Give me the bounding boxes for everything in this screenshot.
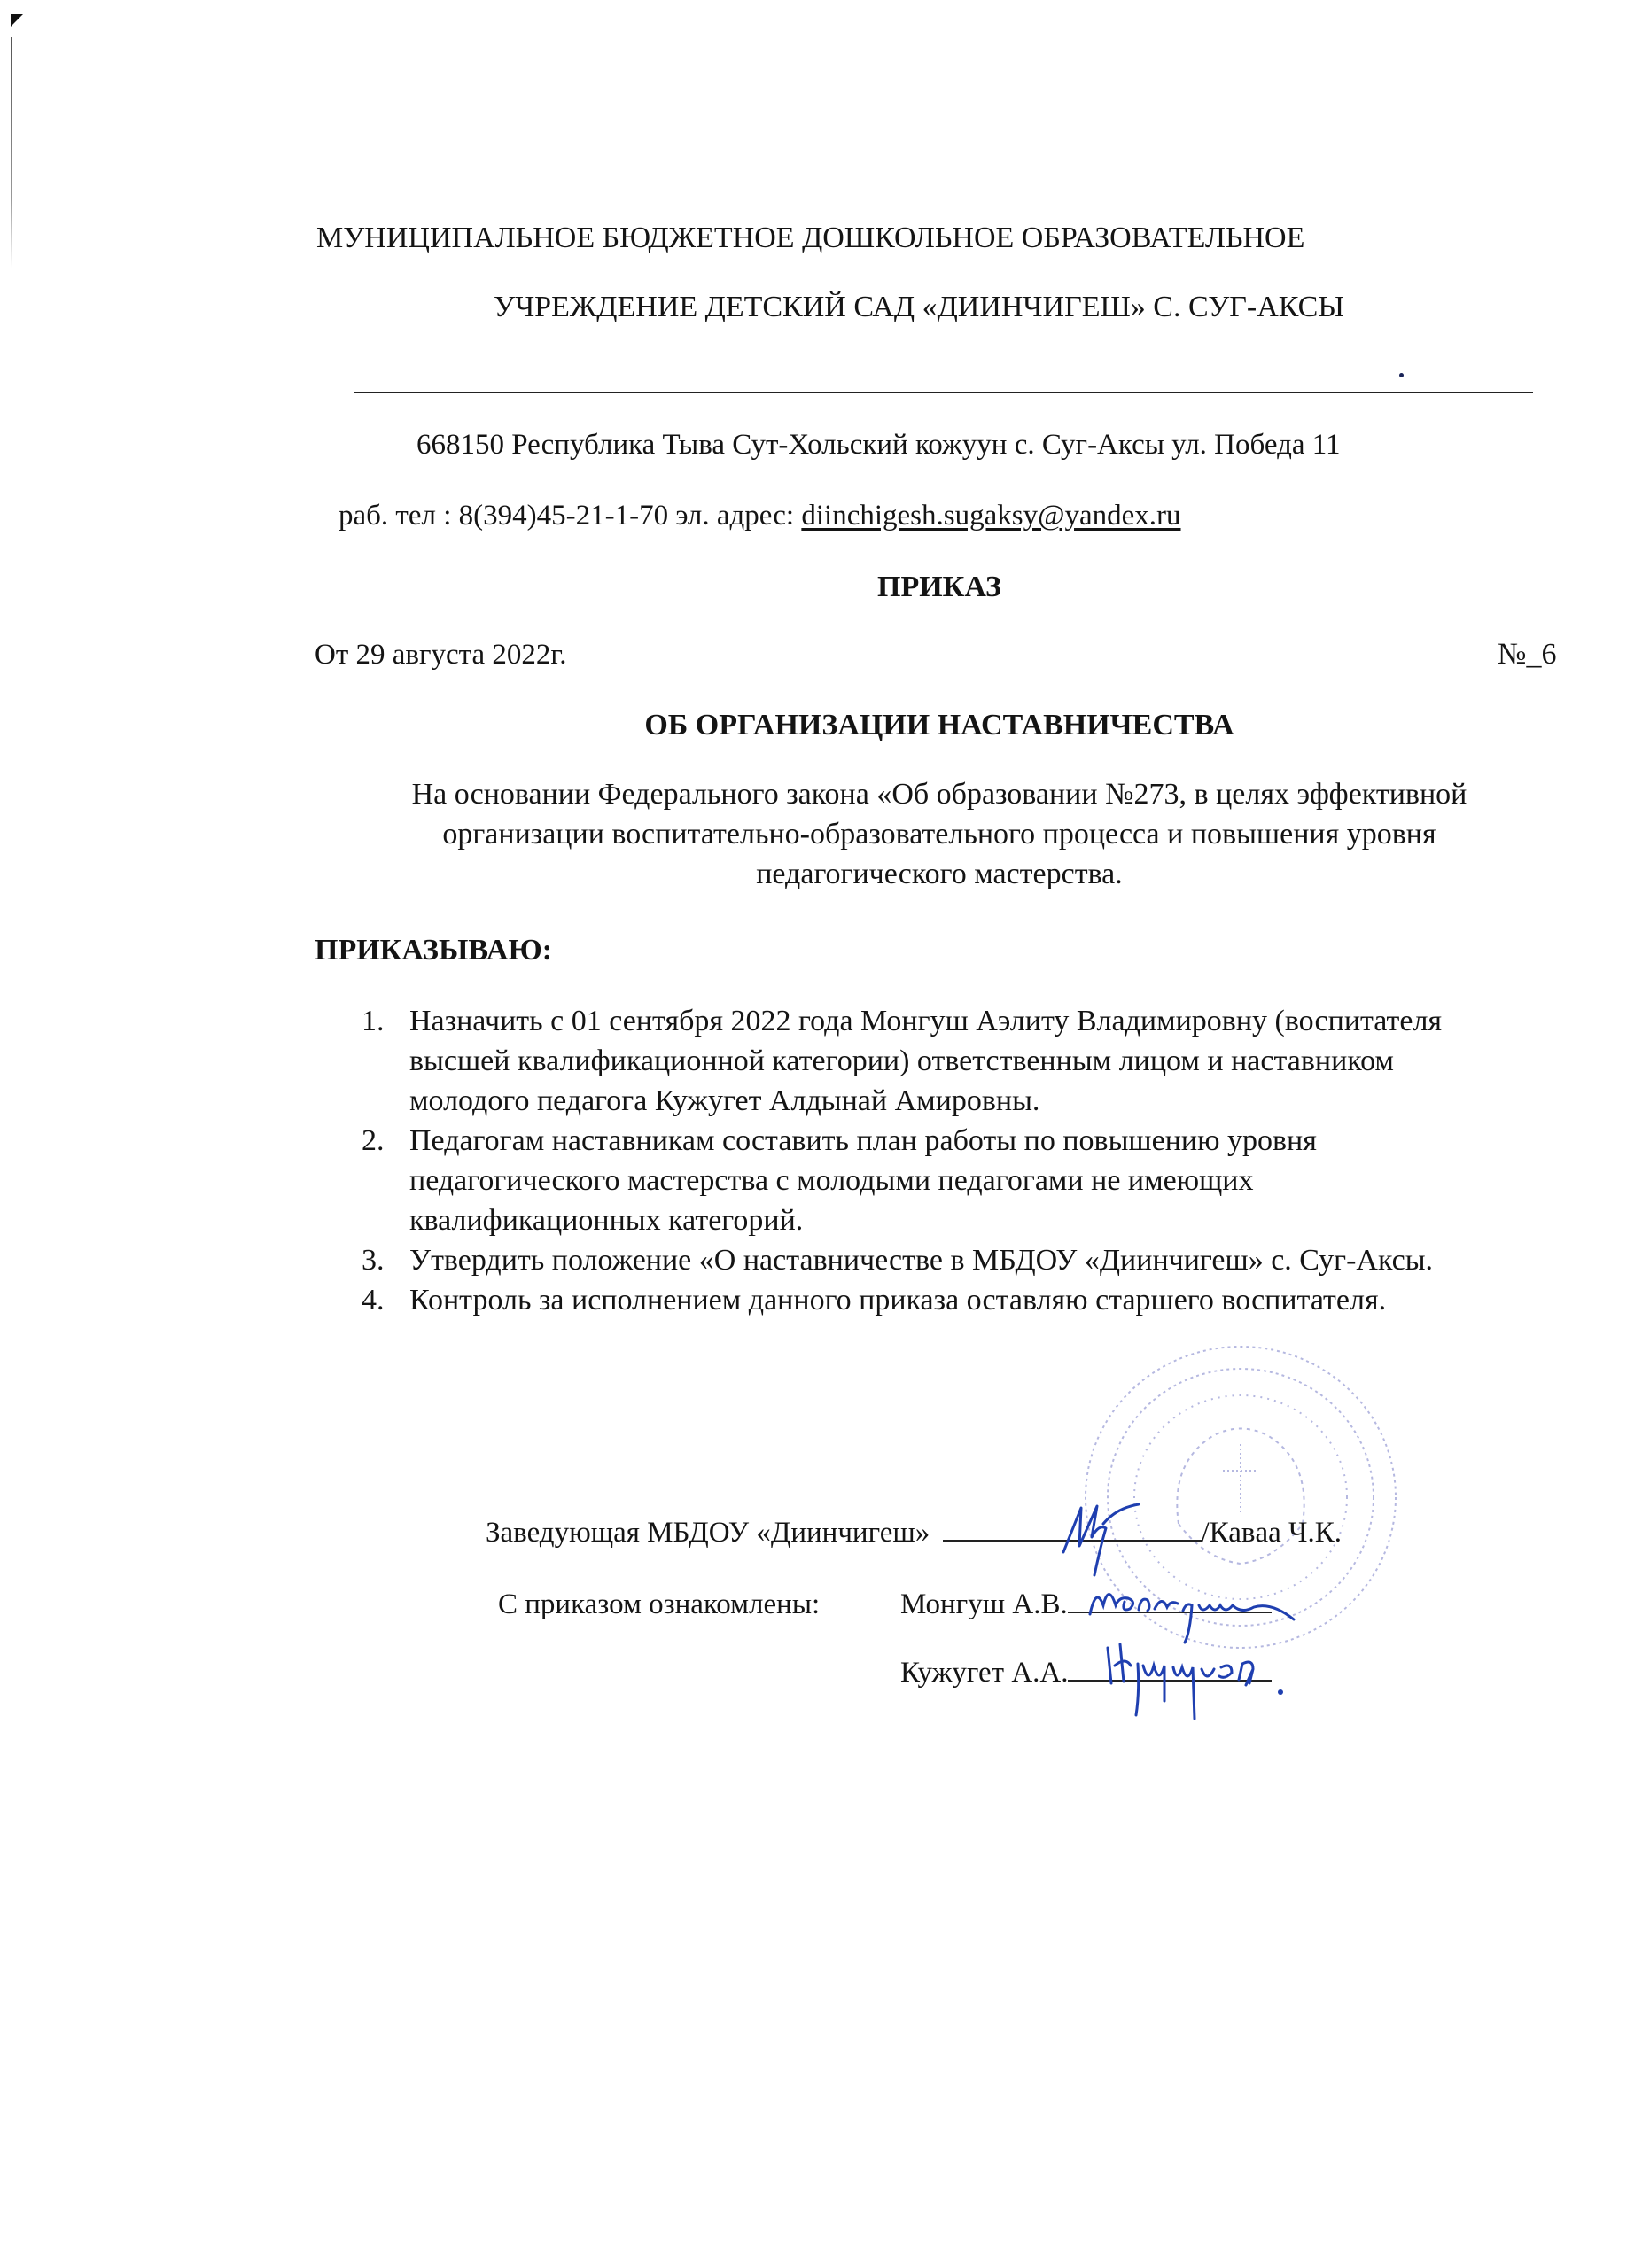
item-line: педагогического мастерства с молодыми пе… bbox=[409, 1161, 1442, 1200]
item-line: Назначить с 01 сентября 2022 года Монгуш… bbox=[409, 1001, 1442, 1041]
order-item-3: 3. Утвердить положение «О наставничестве… bbox=[362, 1240, 1442, 1280]
order-item-2: 2. Педагогам наставникам составить план … bbox=[362, 1121, 1442, 1240]
preamble-line: организации воспитательно-образовательно… bbox=[266, 814, 1613, 854]
acquainted-row-1: Монгуш А.В. bbox=[900, 1588, 1272, 1621]
contact-phone-label: раб. тел : 8(394)45-21-1-70 эл. адрес: bbox=[339, 500, 801, 532]
preamble-line: На основании Федерального закона «Об обр… bbox=[266, 774, 1613, 814]
scan-edge-line bbox=[11, 37, 12, 268]
item-line: Контроль за исполнением данного приказа … bbox=[409, 1280, 1442, 1320]
head-position-label: Заведующая МБДОУ «Диинчигеш» bbox=[486, 1517, 930, 1549]
scan-speck bbox=[1399, 373, 1404, 377]
acquainted-name: Монгуш А.В. bbox=[900, 1588, 1068, 1620]
item-line: молодого педагога Кужугет Алдынай Амиров… bbox=[409, 1081, 1442, 1121]
acquainted-row-2: Кужугет А.А. bbox=[900, 1657, 1272, 1689]
org-contacts: раб. тел : 8(394)45-21-1-70 эл. адрес: d… bbox=[339, 500, 1181, 532]
order-item-1: 1. Назначить с 01 сентября 2022 года Мон… bbox=[362, 1001, 1442, 1121]
head-signature-row: Заведующая МБДОУ «Диинчигеш» /Кавaа Ч.К. bbox=[486, 1517, 1342, 1550]
acquainted-signature-field bbox=[1068, 1680, 1272, 1682]
org-name-line1: МУНИЦИПАЛЬНОЕ БЮДЖЕТНОЕ ДОШКОЛЬНОЕ ОБРАЗ… bbox=[316, 221, 1304, 255]
order-date: От 29 августа 2022г. bbox=[315, 639, 566, 672]
org-address: 668150 Республика Тыва Сут-Хольский кожу… bbox=[416, 429, 1341, 462]
org-name-line2: УЧРЕЖДЕНИЕ ДЕТСКИЙ САД «ДИИНЧИГЕШ» С. СУ… bbox=[494, 291, 1344, 324]
item-number: 2. bbox=[362, 1121, 385, 1161]
item-number: 4. bbox=[362, 1280, 385, 1320]
acquainted-name: Кужугет А.А. bbox=[900, 1657, 1068, 1689]
head-name: /Кавaа Ч.К. bbox=[1202, 1517, 1342, 1549]
item-number: 3. bbox=[362, 1240, 385, 1280]
order-title: ПРИКАЗ bbox=[266, 571, 1613, 604]
order-item-4: 4. Контроль за исполнением данного прика… bbox=[362, 1280, 1442, 1320]
order-items: 1. Назначить с 01 сентября 2022 года Мон… bbox=[362, 1001, 1442, 1320]
item-line: высшей квалификационной категории) ответ… bbox=[409, 1041, 1442, 1081]
item-line: квалификационных категорий. bbox=[409, 1200, 1442, 1240]
acquainted-signature-field bbox=[1068, 1612, 1272, 1613]
order-preamble: На основании Федерального закона «Об обр… bbox=[266, 774, 1613, 894]
order-number: №_6 bbox=[1498, 638, 1556, 672]
letterhead-divider bbox=[354, 392, 1533, 393]
item-number: 1. bbox=[362, 1001, 385, 1041]
head-signature-field bbox=[943, 1540, 1202, 1542]
order-subject: ОБ ОРГАНИЗАЦИИ НАСТАВНИЧЕСТВА bbox=[266, 709, 1613, 742]
email-link[interactable]: diinchigesh.sugaksy@yandex.ru bbox=[801, 500, 1180, 532]
scan-corner-mark bbox=[11, 14, 23, 27]
item-line: Педагогам наставникам составить план раб… bbox=[409, 1121, 1442, 1161]
preamble-line: педагогического мастерства. bbox=[266, 854, 1613, 894]
acquainted-label: С приказом ознакомлены: bbox=[498, 1588, 820, 1621]
order-directive: ПРИКАЗЫВАЮ: bbox=[315, 934, 552, 967]
item-line: Утвердить положение «О наставничестве в … bbox=[409, 1240, 1442, 1280]
